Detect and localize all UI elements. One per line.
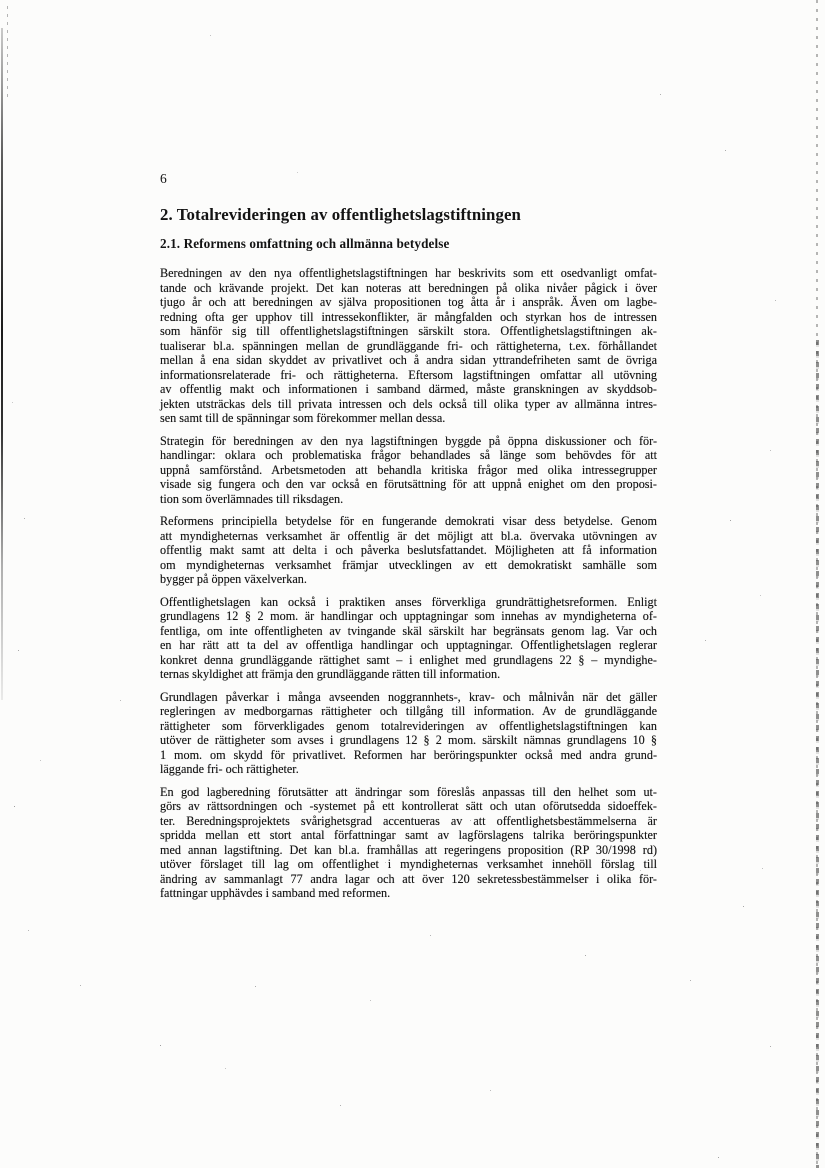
paragraph-line: läggande fri- och rättigheter.: [160, 762, 657, 777]
paragraph-line: tion som överlämnades till riksdagen.: [160, 492, 657, 507]
paragraph-line: rättigheter som förverkligades genom tot…: [160, 719, 657, 734]
scanned-document-page: 6 2. Totalrevideringen av offentlighetsl…: [0, 0, 825, 1168]
subsection-heading: 2.1. Reformens omfattning och allmänna b…: [160, 236, 449, 252]
paragraph: Reformens principiella betydelse för en …: [160, 514, 657, 587]
paragraph-line: om myndigheternas verksamhet främjar utv…: [160, 558, 657, 573]
paragraph-line: Reformens principiella betydelse för en …: [160, 514, 657, 529]
paragraph-line: handlingar: oklara och problematiska frå…: [160, 448, 657, 463]
paragraph-line: spridda mellan ett stort antal författni…: [160, 828, 657, 843]
paragraph-line: jekten utsträckas dels till privata intr…: [160, 397, 657, 412]
paragraph-line: bygger på öppen växelverkan.: [160, 572, 657, 587]
page-number: 6: [160, 171, 167, 186]
paragraph-line: mellan å ena sidan skyddet av privatlive…: [160, 353, 657, 368]
paragraph: Offentlighetslagen kan också i praktiken…: [160, 595, 657, 682]
paragraph-line: ternas skyldighet att främja den grundlä…: [160, 667, 657, 682]
scan-artifact-left-dash: [7, 6, 8, 98]
paragraph-line: Grundlagen påverkar i många avseenden no…: [160, 690, 657, 705]
paragraph-line: tjugo år och att beredningen av själva p…: [160, 295, 657, 310]
paragraph-line: utöver förslaget till lag om offentlighe…: [160, 857, 657, 872]
paragraph-line: av offentlig makt och informationen i sa…: [160, 382, 657, 397]
paragraph-line: grundlagens 12 § 2 mom. är handlingar oc…: [160, 609, 657, 624]
paragraph-line: med annan lagstiftning. Det kan bl.a. fr…: [160, 843, 657, 858]
paragraph-line: att myndigheternas verksamhet är offentl…: [160, 529, 657, 544]
body-text: Beredningen av den nya offentlighetslags…: [160, 266, 657, 901]
paragraph-line: fattningar upphävdes i samband med refor…: [160, 886, 657, 901]
paragraph-line: visade sig fungera och den var också en …: [160, 477, 657, 492]
paragraph-line: utöver de rättigheter som avses i grundl…: [160, 733, 657, 748]
paragraph: En god lagberedning förutsätter att ändr…: [160, 785, 657, 901]
paragraph-line: ter. Beredningsprojektets svårighetsgrad…: [160, 814, 657, 829]
paragraph-line: en har rätt att ta del av offentliga han…: [160, 638, 657, 653]
paragraph-line: fentliga, om inte offentligheten av tvin…: [160, 624, 657, 639]
paragraph-line: regleringen av medborgarnas rättigheter …: [160, 704, 657, 719]
paragraph-line: Offentlighetslagen kan också i praktiken…: [160, 595, 657, 610]
paragraph-line: uppnå samförstånd. Arbetsmetoden att beh…: [160, 463, 657, 478]
scan-artifact-left-edge: [1, 28, 3, 700]
paragraph-line: ändring av sammanlagt 77 andra lagar och…: [160, 872, 657, 887]
paragraph-line: sen samt till de spänningar som förekomm…: [160, 411, 657, 426]
paragraph-line: En god lagberedning förutsätter att ändr…: [160, 785, 657, 800]
paragraph-line: görs av rättsordningen och -systemet på …: [160, 799, 657, 814]
paragraph-line: tualiserar bl.a. spänningen mellan de gr…: [160, 339, 657, 354]
paragraph-line: offentlig makt samt att delta i och påve…: [160, 543, 657, 558]
paragraph-line: konkret denna grundläggande rättighet sa…: [160, 653, 657, 668]
paragraph-line: Strategin för beredningen av den nya lag…: [160, 434, 657, 449]
paragraph-line: 1 mom. om skydd för privatlivet. Reforme…: [160, 748, 657, 763]
paragraph-line: informationsrelaterade fri- och rättighe…: [160, 368, 657, 383]
paragraph-line: redning ofta ger upphov till intressekon…: [160, 310, 657, 325]
paragraph: Beredningen av den nya offentlighetslags…: [160, 266, 657, 426]
paragraph-line: tande och krävande projekt. Det kan note…: [160, 281, 657, 296]
paragraph: Strategin för beredningen av den nya lag…: [160, 434, 657, 507]
paragraph-line: Beredningen av den nya offentlighetslags…: [160, 266, 657, 281]
section-heading: 2. Totalrevideringen av offentlighetslag…: [160, 205, 521, 225]
scan-artifact-right-edge-dense: [816, 340, 819, 1168]
paragraph-line: som hänför sig till offentlighetslagstif…: [160, 324, 657, 339]
scan-artifact-noise: [0, 0, 1, 1]
paragraph: Grundlagen påverkar i många avseenden no…: [160, 690, 657, 777]
